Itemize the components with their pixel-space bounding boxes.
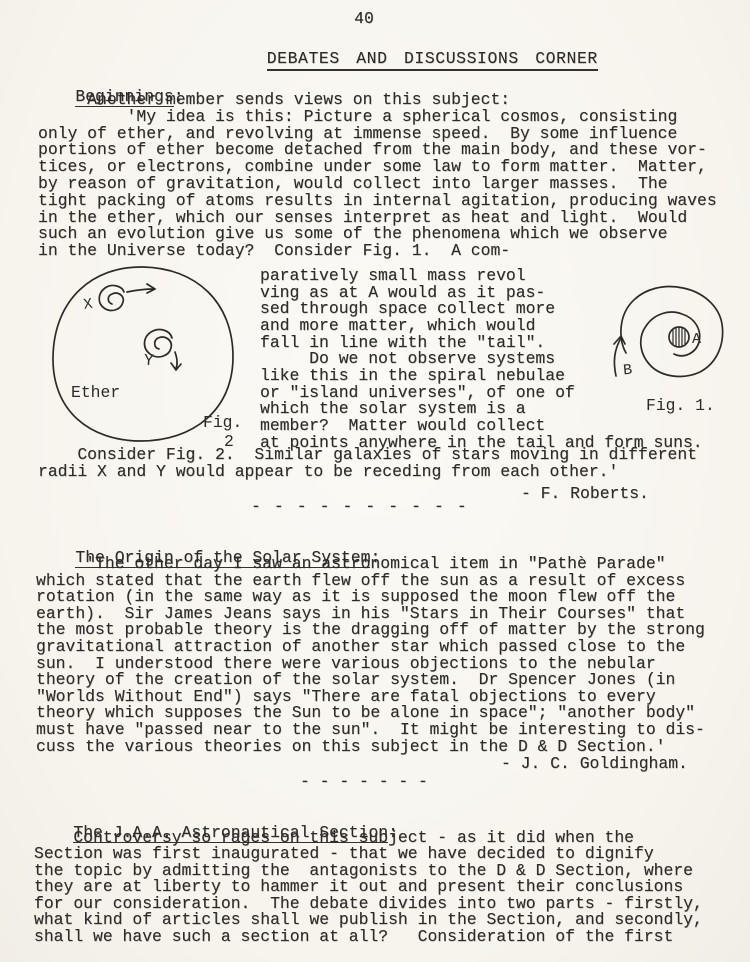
beginnings-closing-paragraph: Consider Fig. 2. Similar galaxies of sta… [38, 446, 697, 480]
motion-arrow-down [171, 352, 181, 370]
beginnings-column-paragraph: paratively small mass revol ving as at A… [260, 268, 703, 451]
figure-2-caption-word: Fig. [203, 413, 242, 432]
section-divider: - - - - - - - [300, 774, 428, 791]
label-y: Y [143, 351, 154, 371]
galaxy-spiral-x [99, 285, 124, 310]
signature-f-roberts: - F. Roberts. [521, 486, 649, 503]
page-title-text: DEBATES AND DISCUSSIONS CORNER [267, 49, 598, 71]
jaa-paragraph: Controversy so rages on this subject - a… [34, 830, 703, 945]
section-divider: - - - - - - - - - - [251, 499, 468, 516]
galaxy-spiral-y [144, 330, 172, 357]
label-x: X [83, 296, 94, 314]
page-number: 40 [0, 11, 728, 28]
scanned-document-page: 40 DEBATES AND DISCUSSIONS CORNER Beginn… [0, 0, 750, 962]
motion-arrow-right [127, 284, 155, 293]
page-title: DEBATES AND DISCUSSIONS CORNER [201, 34, 598, 84]
ether-label: Ether [71, 383, 120, 402]
figure-2-ether-diagram: X Y Ether Fig. 2 [53, 267, 242, 451]
ether-circle [53, 267, 233, 441]
origin-paragraph: 'The other day I saw an astronomical ite… [36, 556, 705, 755]
beginnings-paragraph: Another member sends views on this subje… [38, 92, 717, 260]
signature-j-c-goldingham: - J. C. Goldingham. [501, 756, 688, 773]
